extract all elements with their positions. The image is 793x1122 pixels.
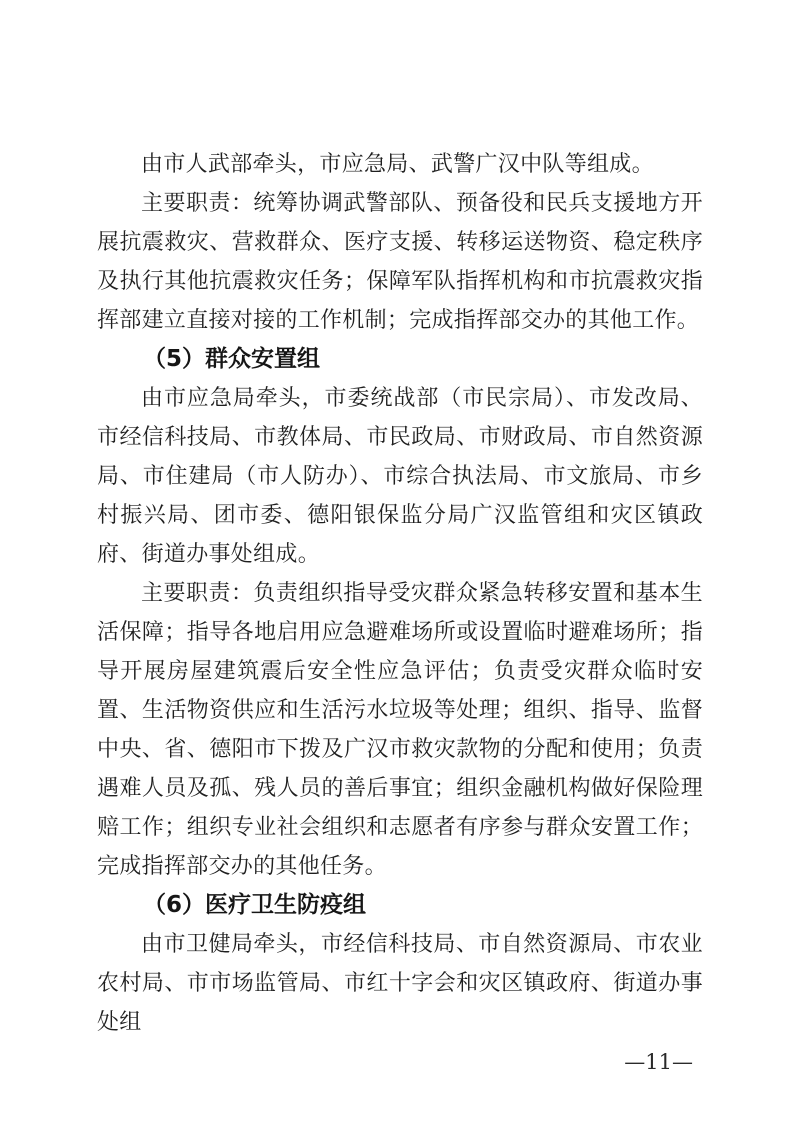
- document-page: 由市人武部牵头，市应急局、武警广汉中队等组成。 主要职责：统筹协调武警部队、预备…: [0, 0, 793, 1122]
- paragraph-military-group-composition: 由市人武部牵头，市应急局、武警广汉中队等组成。: [97, 145, 703, 184]
- paragraph-resettlement-group-composition: 由市应急局牵头，市委统战部（市民宗局）、市发改局、市经信科技局、市教体局、市民政…: [97, 379, 703, 574]
- heading-section-6-medical-group: （6）医疗卫生防疫组: [97, 886, 703, 925]
- document-body: 由市人武部牵头，市应急局、武警广汉中队等组成。 主要职责：统筹协调武警部队、预备…: [97, 145, 703, 1042]
- paragraph-medical-group-composition: 由市卫健局牵头，市经信科技局、市自然资源局、市农业农村局、市市场监管局、市红十字…: [97, 925, 703, 1042]
- heading-section-5-resettlement-group: （5）群众安置组: [97, 340, 703, 379]
- page-number: —11—: [97, 1044, 703, 1080]
- paragraph-resettlement-group-duties: 主要职责：负责组织指导受灾群众紧急转移安置和基本生活保障；指导各地启用应急避难场…: [97, 574, 703, 886]
- paragraph-military-group-duties: 主要职责：统筹协调武警部队、预备役和民兵支援地方开展抗震救灾、营救群众、医疗支援…: [97, 184, 703, 340]
